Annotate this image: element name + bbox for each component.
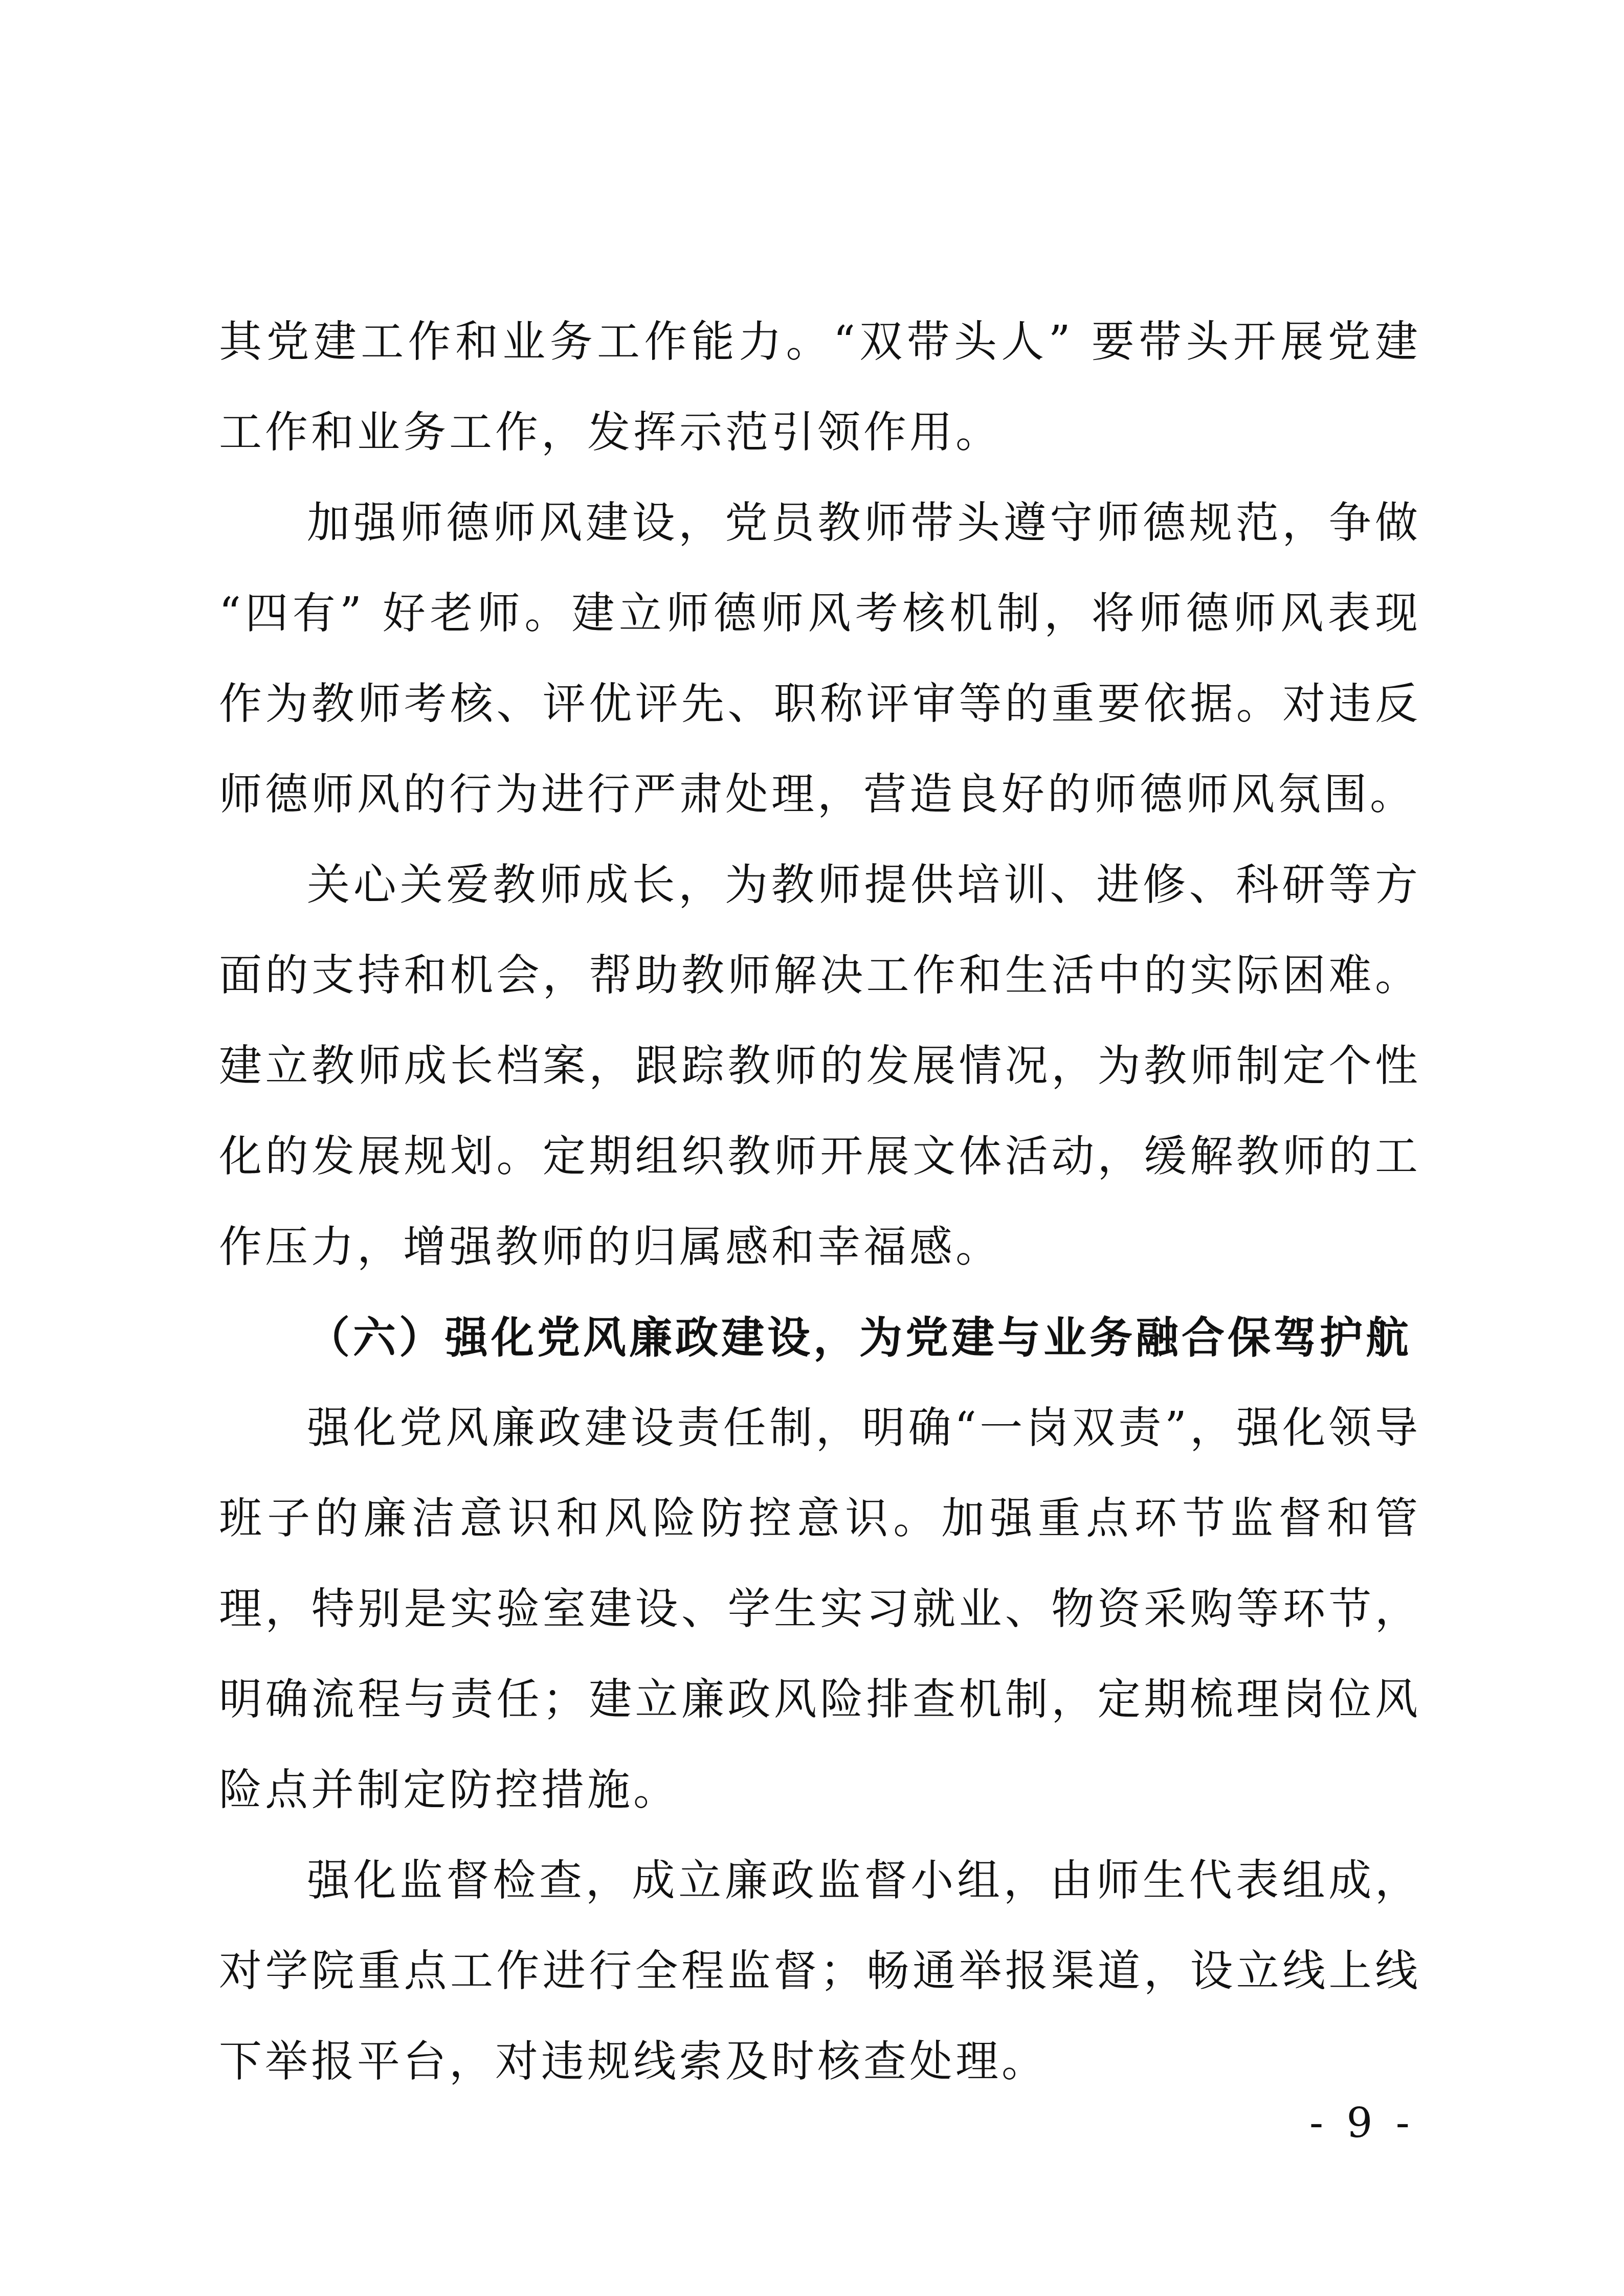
page-number: - 9 -	[1309, 2099, 1415, 2147]
document-body: 其党建工作和业务工作能力。“双带头人” 要带头开展党建工作和业务工作，发挥示范引…	[219, 297, 1421, 2107]
paragraph-teacher-growth: 关心关爱教师成长，为教师提供培训、进修、科研等方面的支持和机会，帮助教师解决工作…	[219, 840, 1421, 1292]
paragraph-teacher-ethics: 加强师德师风建设，党员教师带头遵守师德规范，争做 “四有” 好老师。建立师德师风…	[219, 478, 1421, 840]
paragraph-responsibility-system: 强化党风廉政建设责任制，明确“一岗双责”，强化领导班子的廉洁意识和风险防控意识。…	[219, 1383, 1421, 1835]
paragraph-supervision: 强化监督检查，成立廉政监督小组，由师生代表组成，对学院重点工作进行全程监督；畅通…	[219, 1835, 1421, 2107]
paragraph-continuation: 其党建工作和业务工作能力。“双带头人” 要带头开展党建工作和业务工作，发挥示范引…	[219, 297, 1421, 478]
section-heading-6: （六）强化党风廉政建设，为党建与业务融合保驾护航	[219, 1292, 1421, 1383]
